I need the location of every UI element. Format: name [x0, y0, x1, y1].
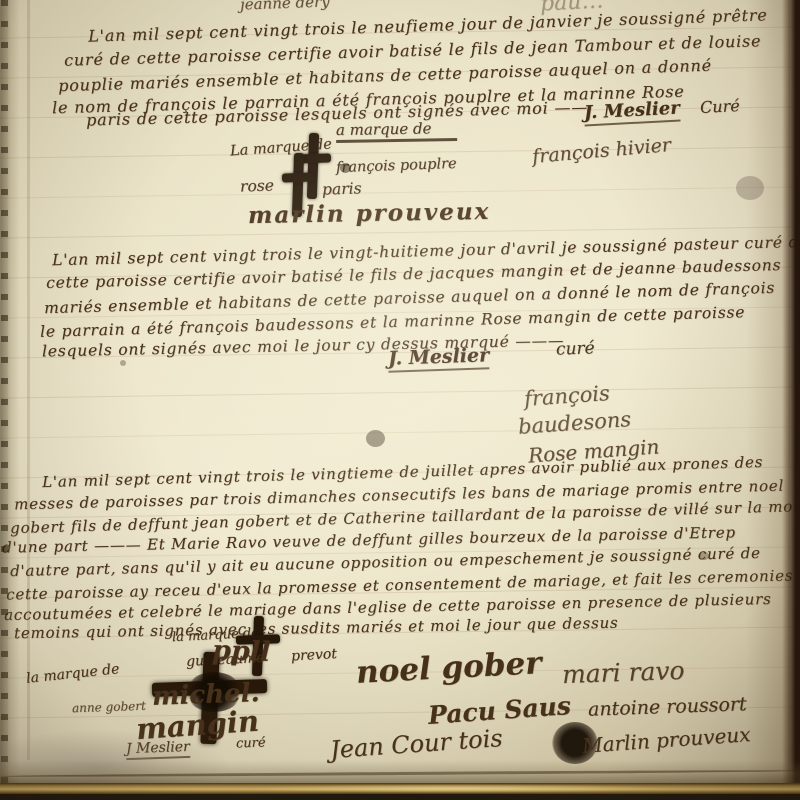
curate-title: curé — [236, 735, 266, 751]
paper-stain — [340, 163, 351, 173]
witness-signature: baudesons — [517, 407, 631, 439]
witness-signature: françois — [523, 381, 610, 411]
curate-signature: J. Meslier — [583, 98, 680, 127]
witness-signature: françois hivier — [531, 134, 671, 168]
bride-signature: mari ravo — [562, 656, 685, 689]
curate-signature: J. Meslier — [388, 344, 490, 373]
mark-name: rose — [240, 176, 274, 195]
ruled-line — [0, 426, 800, 438]
pen-trial-scribble: ppll — [211, 635, 270, 668]
page-crease — [27, 0, 30, 760]
witness-signature: Marlin prouveux — [581, 722, 751, 758]
ruled-line — [0, 186, 800, 198]
ruled-line — [0, 146, 800, 158]
mark-name: paris — [322, 179, 362, 198]
gilt-glare-highlight — [250, 784, 670, 793]
binding-stitch-speckles — [1, 0, 8, 800]
book-right-edge — [782, 0, 800, 800]
groom-signature: noel gober — [355, 645, 542, 691]
mark-caption-partial: a marque de — [336, 119, 458, 143]
witness-signature: marlin prouveux — [248, 198, 491, 229]
paper-stain — [120, 360, 126, 366]
witness-signature: Jean Cour tois — [329, 724, 503, 764]
paper-stain — [366, 430, 385, 447]
ruled-line — [0, 386, 800, 398]
paper-stain — [700, 552, 709, 560]
parish-register-photo: jeanne dery pau… L'an mil sept cent ving… — [0, 0, 800, 800]
curate-title: Curé — [700, 96, 741, 117]
table-surface — [0, 794, 800, 800]
top-edge-fragment: jeanne dery — [240, 0, 330, 14]
mark-label: la marque de — [25, 661, 120, 687]
curate-title: curé — [556, 338, 595, 359]
mark-name: françois pouplre — [336, 156, 457, 176]
witness-signature: antoine roussort — [588, 693, 747, 721]
